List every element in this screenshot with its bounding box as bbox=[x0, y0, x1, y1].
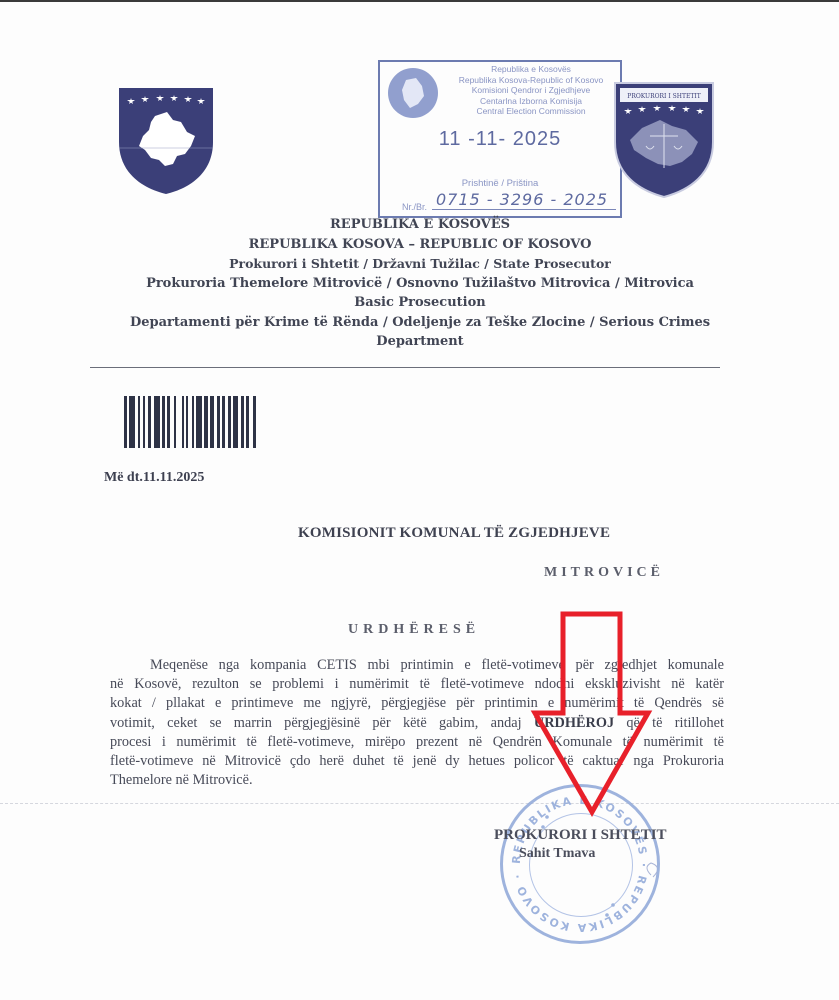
body-line: në Kosovë, rezulton se problemi i numëri… bbox=[110, 675, 724, 694]
top-edge-bar bbox=[0, 0, 839, 2]
institution-header: REPUBLIKA E KOSOVËS REPUBLIKA KOSOVA – R… bbox=[90, 215, 750, 352]
coat-of-arms-icon bbox=[115, 84, 217, 196]
emphasis-order-word: URDHËROJ bbox=[534, 715, 614, 731]
stamp-line: Republika Kosova-Republic of Kosovo bbox=[442, 75, 620, 86]
stamp-authority-lines: Republika e Kosovës Republika Kosova-Rep… bbox=[442, 64, 620, 117]
header-line-basic-prosecution: Prokuroria Themelore Mitrovicë / Osnovno… bbox=[90, 274, 750, 294]
header-line-country-multi: REPUBLIKA KOSOVA – REPUBLIC OF KOSOVO bbox=[90, 235, 750, 255]
stamp-line: Komisioni Qendror i Zgjedhjeve bbox=[442, 85, 620, 96]
header-line-department: Departamenti për Krime të Rënda / Odelje… bbox=[90, 313, 750, 333]
stamp-number-value: 0715 - 3296 - 2025 bbox=[432, 190, 616, 210]
stamp-line: Centarlna Izborna Komisija bbox=[442, 96, 620, 107]
body-line: Meqenëse nga kompania CETIS mbi printimi… bbox=[110, 656, 724, 675]
scan-artifact-line bbox=[0, 803, 839, 804]
signer-name: Sahit Tmava bbox=[519, 846, 595, 862]
kosovo-coat-of-arms-left bbox=[115, 84, 217, 196]
body-line: procesi i numërimit të fletë-votimeve, m… bbox=[110, 733, 724, 752]
document-title: URDHËRESË bbox=[348, 622, 480, 638]
header-divider bbox=[90, 367, 720, 368]
header-line-prosecutor: Prokurori i Shtetit / Državni Tužilac / … bbox=[90, 254, 750, 274]
body-line: fletë-votimeve në Mitrovicë çdo herë duh… bbox=[110, 752, 724, 771]
prosecutor-emblem-icon: PROKURORI I SHTETIT bbox=[612, 80, 716, 200]
election-commission-seal-icon bbox=[388, 68, 438, 118]
header-line-department-cont: Department bbox=[90, 332, 750, 352]
state-prosecutor-emblem: PROKURORI I SHTETIT bbox=[612, 80, 716, 200]
svg-text:PROKURORI I SHTETIT: PROKURORI I SHTETIT bbox=[627, 93, 700, 100]
body-line: kokat / pllakat e printimeve me ngjyrë, … bbox=[110, 694, 724, 713]
document-date: Më dt.11.11.2025 bbox=[104, 470, 204, 486]
recipient-city: MITROVICË bbox=[544, 565, 664, 581]
barcode-icon bbox=[124, 396, 258, 448]
stamp-number-label: Nr./Br. bbox=[402, 202, 427, 212]
header-line-country-sq: REPUBLIKA E KOSOVËS bbox=[90, 215, 750, 235]
stamp-line: Republika e Kosovës bbox=[442, 64, 620, 75]
header-line-basic-prosecution-cont: Basic Prosecution bbox=[90, 293, 750, 313]
official-round-stamp: REPUBLIKA E KOSOVËS · REPUBLIKA KOSOVO ·… bbox=[500, 784, 660, 944]
stamp-date: 11 -11- 2025 bbox=[380, 128, 620, 151]
registration-stamp: Republika e Kosovës Republika Kosova-Rep… bbox=[378, 60, 622, 218]
recipient-name: KOMISIONIT KOMUNAL TË ZGJEDHJEVE bbox=[298, 525, 610, 542]
body-line: votimit, ceket se marrin përgjegjësinë p… bbox=[110, 714, 724, 733]
order-body-text: Meqenëse nga kompania CETIS mbi printimi… bbox=[110, 656, 724, 790]
stamp-city: Prishtinë / Priština bbox=[380, 178, 620, 189]
stamp-seal-icon: REPUBLIKA E KOSOVËS · REPUBLIKA KOSOVO ·… bbox=[503, 787, 657, 941]
signer-title: PROKURORI I SHTETIT bbox=[494, 827, 667, 844]
stamp-line: Central Election Commission bbox=[442, 106, 620, 117]
